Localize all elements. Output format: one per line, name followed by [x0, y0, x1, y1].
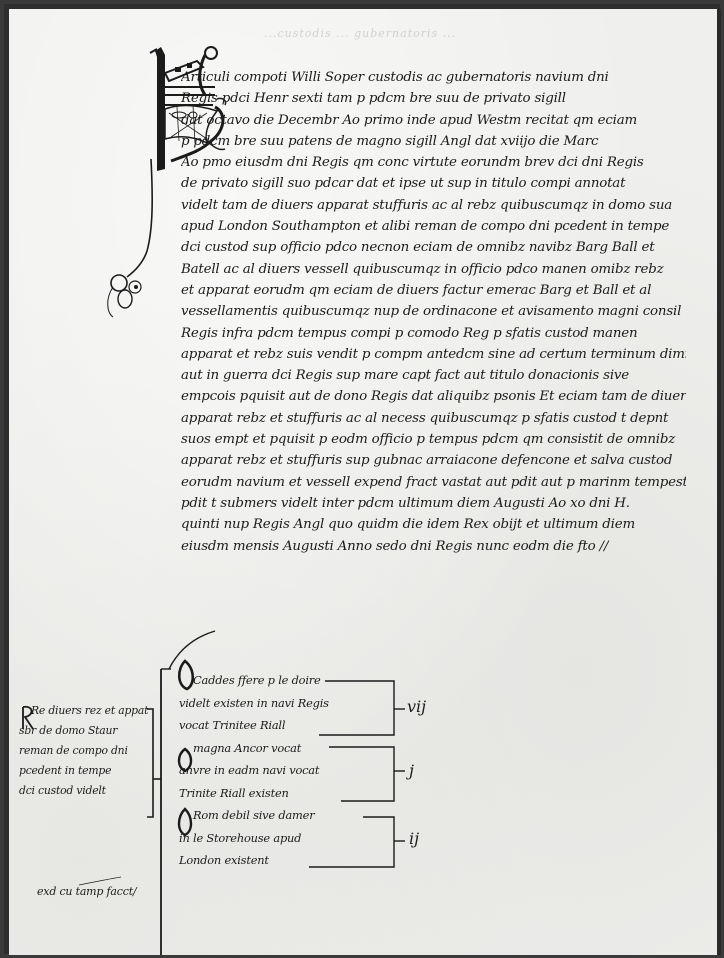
schedule-entry-line: in le Storehouse apud	[179, 827, 429, 850]
schedule-entry: magna Ancor vocat anvre in eadm navi voc…	[179, 737, 429, 805]
scan-frame: ...custodis ... gubernatoris ...	[0, 0, 724, 958]
schedule-entry: Rom debil sive damer in le Storehouse ap…	[179, 804, 429, 872]
manuscript-page: ...custodis ... gubernatoris ...	[9, 9, 721, 955]
schedule-entry-line: London existent	[179, 849, 429, 872]
schedule-entry-value: ij	[409, 829, 419, 848]
schedule-entry-line: magna Ancor vocat	[179, 737, 429, 760]
schedule-entry-value: j	[409, 761, 414, 780]
schedule-entry-line: Trinite Riall existen	[179, 782, 429, 805]
footer-note: exd cu tamp facct/	[37, 885, 136, 898]
schedule-list: Caddes ffere p le doire videlt existen i…	[179, 669, 429, 872]
schedule-entry-line: Rom debil sive damer	[179, 804, 429, 827]
schedule-entry: Caddes ffere p le doire videlt existen i…	[179, 669, 429, 737]
schedule-entry-line: videlt existen in navi Regis	[179, 692, 429, 715]
schedule-entry-line: anvre in eadm navi vocat	[179, 759, 429, 782]
schedule-entry-value: vij	[407, 697, 426, 716]
schedule-entry-line: vocat Trinitee Riall	[179, 714, 429, 737]
schedule-entry-line: Caddes ffere p le doire	[179, 669, 429, 692]
